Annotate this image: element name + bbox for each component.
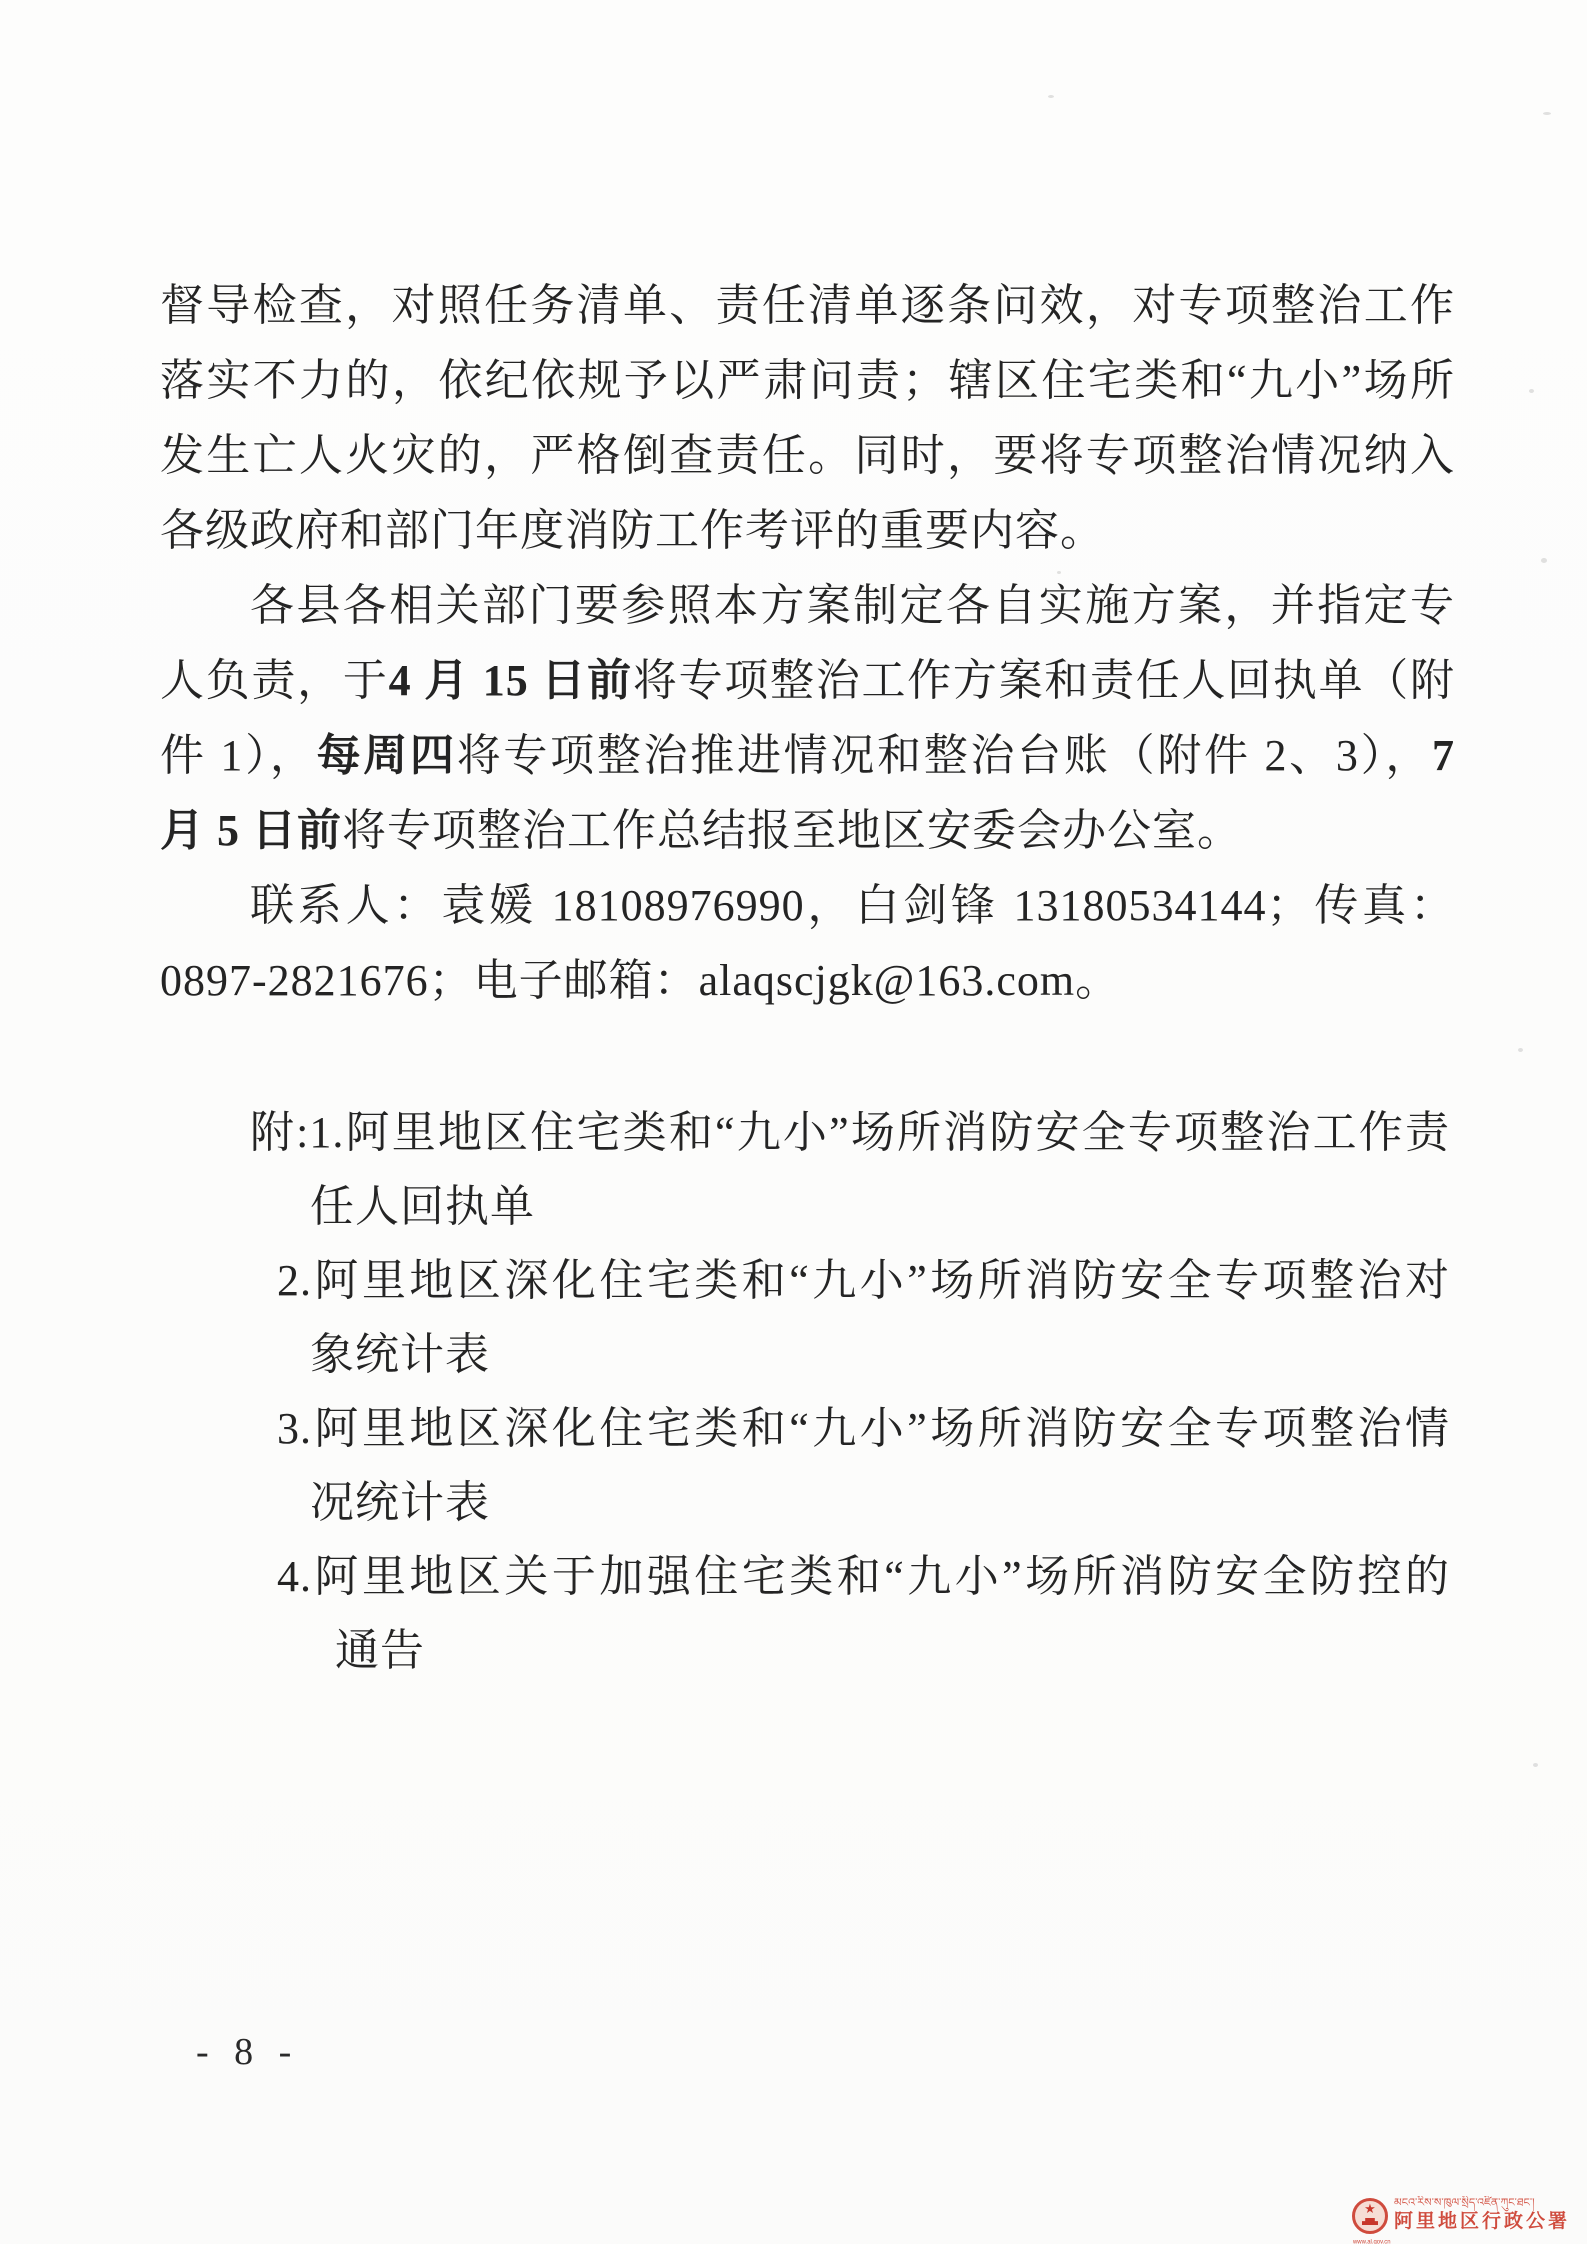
document-page: 督导检查，对照任务清单、责任清单逐条问效，对专项整治工作落实不力的，依纪依规予以… xyxy=(0,0,1587,2244)
text-line: 象统计表 xyxy=(250,1318,1450,1392)
text-line: 件 1），每周四将专项整治推进情况和整治台账（附件 2、3），7 xyxy=(160,718,1455,793)
text-line: 联系人：袁媛 18108976990，白剑锋 13180534144；传真： xyxy=(160,868,1455,943)
gate-icon xyxy=(1362,2218,1378,2225)
text-line: 通告 xyxy=(250,1614,1450,1688)
scan-artifact xyxy=(1543,112,1551,115)
text-line: 0897-2821676；电子邮箱：alaqscjgk@163.com。 xyxy=(160,943,1455,1018)
attachment-list: 附:1.阿里地区住宅类和“九小”场所消防安全专项整治工作责任人回执单2.阿里地区… xyxy=(250,1096,1450,1688)
text-line: 落实不力的，依纪依规予以严肃问责；辖区住宅类和“九小”场所 xyxy=(160,343,1455,418)
scan-artifact xyxy=(1533,1763,1538,1767)
text-line: 人负责，于4 月 15 日前将专项整治工作方案和责任人回执单（附 xyxy=(160,643,1455,718)
scan-artifact xyxy=(1048,95,1054,98)
official-stamp: ★ www.al.gov.cn མངའ་རིས་ས་ཁུལ་སྲིད་འཛིན་… xyxy=(1352,2196,1587,2244)
text-line: 发生亡人火灾的，严格倒查责任。同时，要将专项整治情况纳入 xyxy=(160,418,1455,493)
star-icon: ★ xyxy=(1355,2202,1385,2215)
text-line: 各级政府和部门年度消防工作考评的重要内容。 xyxy=(160,493,1455,568)
stamp-text: མངའ་རིས་ས་ཁུལ་སྲིད་འཛིན་ཀུང་ཐང་། 阿里地区行政公… xyxy=(1394,2196,1587,2234)
scan-artifact xyxy=(1518,1048,1523,1052)
text-line: 任人回执单 xyxy=(250,1170,1450,1244)
page-number: - 8 - xyxy=(196,2030,299,2074)
scan-artifact xyxy=(1541,558,1547,563)
body-text: 督导检查，对照任务清单、责任清单逐条问效，对专项整治工作落实不力的，依纪依规予以… xyxy=(160,268,1455,1018)
stamp-tibetan-text: མངའ་རིས་ས་ཁུལ་སྲིད་འཛིན་ཀུང་ཐང་། xyxy=(1394,2196,1587,2210)
text-line: 3.阿里地区深化住宅类和“九小”场所消防安全专项整治情 xyxy=(250,1392,1450,1466)
text-line: 各县各相关部门要参照本方案制定各自实施方案，并指定专 xyxy=(160,568,1455,643)
scan-artifact xyxy=(1057,571,1061,574)
scan-artifact xyxy=(1529,389,1534,393)
text-line: 附:1.阿里地区住宅类和“九小”场所消防安全专项整治工作责 xyxy=(250,1096,1450,1170)
text-line: 月 5 日前将专项整治工作总结报至地区安委会办公室。 xyxy=(160,793,1455,868)
national-emblem-icon: ★ www.al.gov.cn xyxy=(1352,2198,1388,2234)
stamp-url-text: www.al.gov.cn xyxy=(1353,2239,1390,2244)
stamp-chinese-text: 阿里地区行政公署 xyxy=(1394,2210,1587,2234)
text-line: 督导检查，对照任务清单、责任清单逐条问效，对专项整治工作 xyxy=(160,268,1455,343)
text-line: 4.阿里地区关于加强住宅类和“九小”场所消防安全防控的 xyxy=(250,1540,1450,1614)
text-line: 况统计表 xyxy=(250,1466,1450,1540)
text-line: 2.阿里地区深化住宅类和“九小”场所消防安全专项整治对 xyxy=(250,1244,1450,1318)
